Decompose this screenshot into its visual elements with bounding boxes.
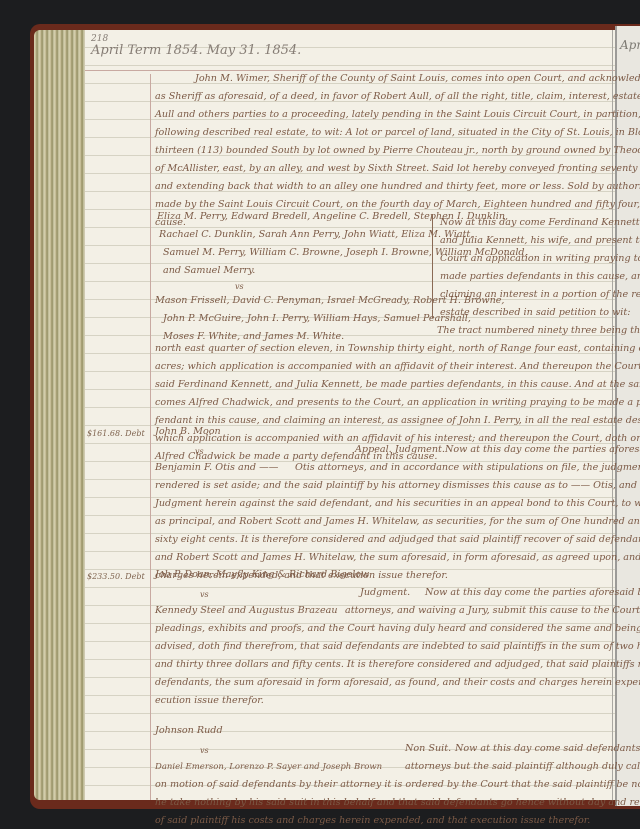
entry-line: of McAllister, east, by an alley, and we… [155,160,640,178]
entry-title: Judgment. [360,584,410,602]
defendant-line: John P. McGuire, John I. Perry, William … [163,310,471,328]
entry-line: attorneys but the said plaintiff althoug… [405,758,640,776]
defendant-name: Kennedy Steel and Augustus Brazeau [155,602,338,620]
plaintiff-name: Johnson Rudd [155,722,223,740]
page-edges [34,30,84,800]
entry-line: thirteen (113) bounded South by lot owne… [155,142,640,160]
entry-line: and extending back that width to an alle… [155,178,640,196]
entry-line: Judgment herein against the said defenda… [155,495,640,513]
entry-line: of said plaintiff his costs and charges … [155,812,590,829]
entry-line: as principal, and Robert Scott and James… [155,513,640,531]
entry-line: north east quarter of section eleven, in… [155,340,640,358]
entry-line: sixty eight cents. It is therefore consi… [155,531,640,549]
entry-line: as Sheriff as aforesaid, of a deed, in f… [155,88,640,106]
entry-line: he take nothing by his said suit in this… [155,794,640,812]
side-text-line: Now at this day come Ferdinand Kennett [440,214,640,232]
entry-line: Aull and others parties to a proceeding,… [155,106,640,124]
entry-line: Now at this day come the parties aforesa… [425,584,640,602]
entry-line: on motion of said defendants by their at… [155,776,640,794]
entry-line: defendants, the sum aforesaid in form af… [155,674,640,692]
entry-line: said Ferdinand Kennett, and Julia Kennet… [155,376,640,394]
side-text-line: The tract numbered ninety three being th… [437,322,640,340]
plaintiff-name: Job P. Doan, Mayfly King & Richard Bigel… [155,566,369,584]
entry-line: following described real estate, to wit:… [155,124,640,142]
entry-line: ecution issue therefor. [155,692,264,710]
entry-line: comes Alfred Chadwick, and presents to t… [155,394,640,412]
page-heading: April Term 1854. May 31. 1854. [91,42,301,60]
facing-page-heading: April [620,38,640,52]
entry-title: Non Suit. [405,740,451,758]
side-text-line: Court an application in writing praying … [440,250,640,268]
entry-line: advised, doth find therefrom, that said … [155,638,640,656]
side-text-line: estate described in said petition to wit… [440,304,630,322]
entry-line: Now at this day come the parties aforesa… [445,441,640,459]
bracket [432,214,433,318]
defendant-name: Daniel Emerson, Lorenzo P. Sayer and Jos… [155,758,382,776]
side-text-line: made parties defendants in this cause, a… [440,268,640,286]
entry-line: John M. Wimer, Sheriff of the County of … [195,70,640,88]
side-text-line: claiming an interest in a portion of the… [440,286,640,304]
entry-line: and thirty three dollars and fifty cents… [155,656,640,674]
margin-rule [150,74,151,800]
entry-line: acres; which application is accompanied … [155,358,640,376]
entry-title: Appeal. Judgment. [355,441,445,459]
entry-line: attorneys, and waiving a Jury, submit th… [345,602,640,620]
ledger-page: 218 April Term 1854. May 31. 1854. John … [84,30,615,800]
entry-line: pleadings, exhibits and proofs, and the … [155,620,640,638]
entry-line: Otis attorneys, and in accordance with s… [295,459,640,477]
entry-line: and Robert Scott and James H. Whitelaw, … [155,549,640,567]
entry-line: rendered is set aside; and the said plai… [155,477,640,495]
margin-amount: $233.50. Debt [87,568,145,586]
margin-amount: $161.68. Debt [87,425,145,443]
entry-line: Now at this day come said defendants by … [455,740,640,758]
side-text-line: and Julia Kennett, his wife, and present… [440,232,640,250]
plaintiff-line: Rachael C. Dunklin, Sarah Ann Perry, Joh… [159,226,473,244]
entry-line: fendant in this cause, and claiming an i… [155,412,640,430]
defendant-name: Benjamin F. Otis and —— [155,459,278,477]
plaintiff-name: John B. Moon [155,423,221,441]
